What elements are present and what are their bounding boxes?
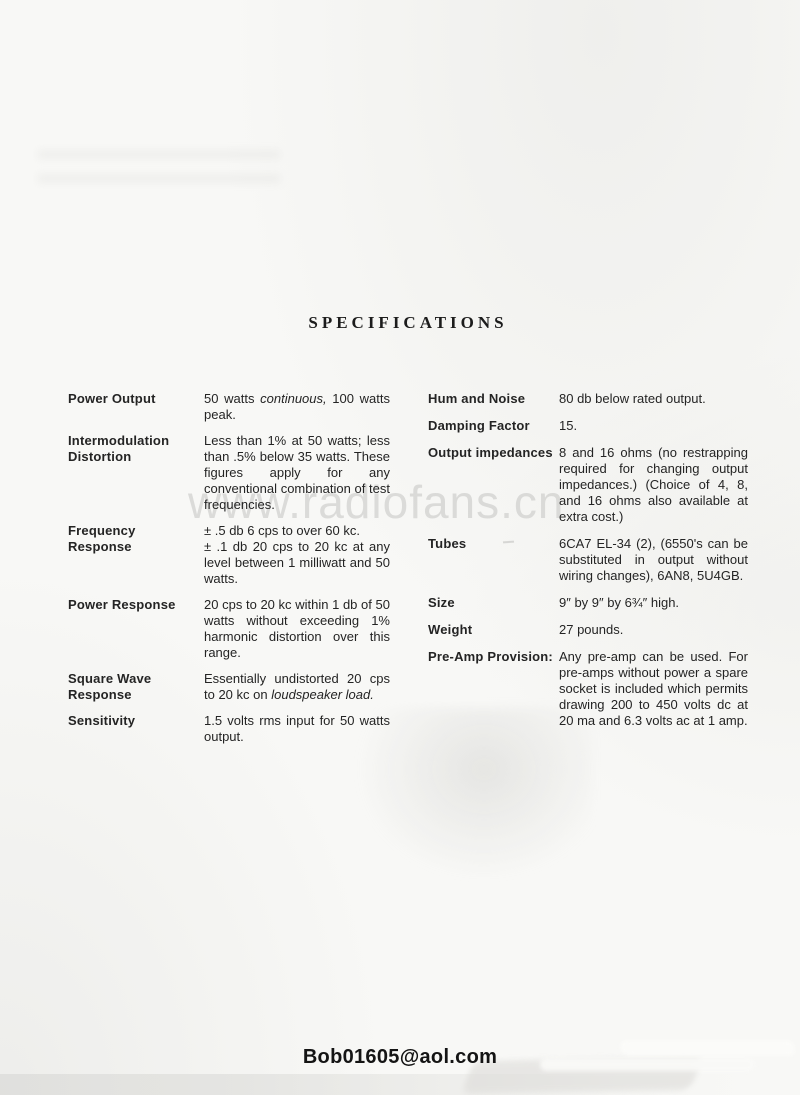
page-title: SPECIFICATIONS [8, 313, 800, 333]
spec-row: Power Output 50 watts continuous, 100 wa… [68, 391, 390, 423]
spec-row: Intermodulation Distortion Less than 1% … [68, 433, 390, 513]
spec-row: Square Wave Response Essentially undisto… [68, 671, 390, 703]
scanned-spec-sheet-page: www.radiofans.cn SPECIFICATIONS Power Ou… [0, 0, 800, 1095]
spec-row: Frequency Response ± .5 db 6 cps to over… [68, 523, 390, 587]
spec-row: Pre-Amp Provision: Any pre-amp can be us… [428, 649, 748, 729]
spec-value: 80 db below rated output. [559, 391, 748, 407]
spec-row: Power Response 20 cps to 20 kc within 1 … [68, 597, 390, 661]
spec-label: Power Response [68, 597, 204, 613]
spec-row: Weight 27 pounds. [428, 622, 748, 638]
spec-label: Damping Factor [428, 418, 559, 434]
spec-value: 27 pounds. [559, 622, 748, 638]
spec-value: ± .5 db 6 cps to over 60 kc.± .1 db 20 c… [204, 523, 390, 587]
spec-label: Tubes [428, 536, 559, 552]
spec-value: 20 cps to 20 kc within 1 db of 50 watts … [204, 597, 390, 661]
spec-row: Damping Factor 15. [428, 418, 748, 434]
spec-row: Tubes 6CA7 EL-34 (2), (6550's can be sub… [428, 536, 748, 584]
spec-value: Less than 1% at 50 watts; less than .5% … [204, 433, 390, 513]
footer-email: Bob01605@aol.com [0, 1046, 800, 1069]
spec-label: Weight [428, 622, 559, 638]
spec-value: 6CA7 EL-34 (2), (6550's can be substitut… [559, 536, 748, 584]
spec-value: 9″ by 9″ by 6¾″ high. [559, 595, 748, 611]
spec-row: Output impedances 8 and 16 ohms (no rest… [428, 445, 748, 525]
spec-value: 50 watts continuous, 100 watts peak. [204, 391, 390, 423]
spec-value: Essentially undistorted 20 cps to 20 kc … [204, 671, 390, 703]
specs-column-right: Hum and Noise 80 db below rated output. … [428, 391, 748, 740]
spec-value: 8 and 16 ohms (no restrapping required f… [559, 445, 748, 525]
spec-label: Intermodulation Distortion [68, 433, 204, 465]
scan-smudge-top [38, 150, 280, 196]
spec-label: Output impedances [428, 445, 559, 461]
spec-value: 1.5 volts rms input for 50 watts output. [204, 713, 390, 745]
spec-label: Hum and Noise [428, 391, 559, 407]
spec-label: Square Wave Response [68, 671, 204, 703]
spec-label: Frequency Response [68, 523, 204, 555]
spec-label: Sensitivity [68, 713, 204, 729]
spec-row: Hum and Noise 80 db below rated output. [428, 391, 748, 407]
spec-value: 15. [559, 418, 748, 434]
spec-label: Size [428, 595, 559, 611]
spec-label: Pre-Amp Provision: [428, 649, 559, 665]
spec-row: Sensitivity 1.5 volts rms input for 50 w… [68, 713, 390, 745]
spec-value: Any pre-amp can be used. For pre-amps wi… [559, 649, 748, 729]
spec-label: Power Output [68, 391, 204, 407]
spec-row: Size 9″ by 9″ by 6¾″ high. [428, 595, 748, 611]
specs-column-left: Power Output 50 watts continuous, 100 wa… [68, 391, 390, 755]
